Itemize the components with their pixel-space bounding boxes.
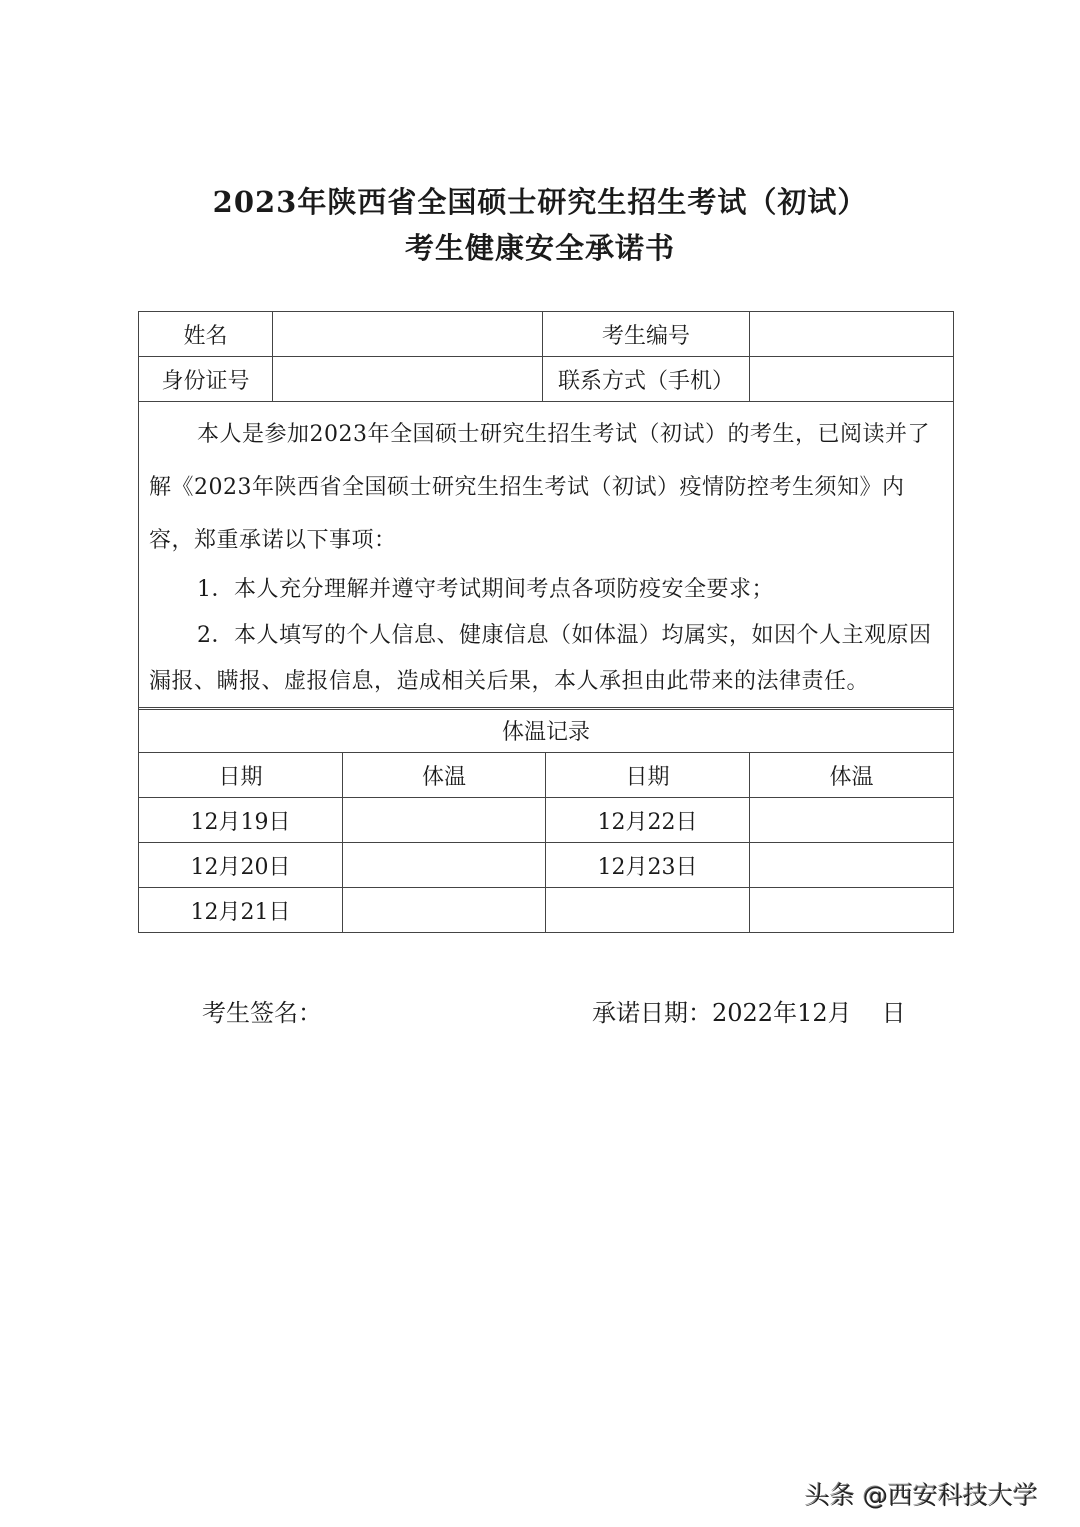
phone-field[interactable]: [750, 357, 954, 402]
table-header-row: 日期 体温 日期 体温: [139, 753, 954, 798]
table-row: 本人是参加2023年全国硕士研究生招生考试（初试）的考生，已阅读并了解《2023…: [139, 402, 954, 710]
temperature-field[interactable]: [750, 843, 954, 888]
date-cell: 12月19日: [139, 798, 343, 843]
column-header-date: 日期: [139, 753, 343, 798]
day-suffix: 日: [882, 999, 906, 1027]
pledge-intro: 本人是参加2023年全国硕士研究生招生考试（初试）的考生，已阅读并了解《2023…: [149, 408, 943, 567]
table-row: 12月19日 12月22日: [139, 798, 954, 843]
exam-id-field[interactable]: [750, 312, 954, 357]
temperature-record-table: 体温记录 日期 体温 日期 体温 12月19日 12月22日 12月20日 12…: [138, 707, 954, 933]
watermark: 头条 @西安科技大学: [805, 1476, 1038, 1512]
name-label: 姓名: [139, 312, 273, 357]
column-header-temperature: 体温: [343, 753, 546, 798]
signature-label: 考生签名：: [202, 993, 322, 1028]
temperature-field[interactable]: [343, 843, 546, 888]
table-row: 12月21日: [139, 888, 954, 933]
pledge-item-1: 1．本人充分理解并遵守考试期间考点各项防疫安全要求；: [149, 567, 943, 613]
date-cell: 12月20日: [139, 843, 343, 888]
column-header-temperature: 体温: [750, 753, 954, 798]
id-card-label: 身份证号: [139, 357, 273, 402]
table-row: 12月20日 12月23日: [139, 843, 954, 888]
temperature-record-title: 体温记录: [139, 708, 954, 753]
date-cell: 12月21日: [139, 888, 343, 933]
temperature-field[interactable]: [343, 798, 546, 843]
id-card-field[interactable]: [273, 357, 543, 402]
pledge-date: 承诺日期：2022年12月日: [592, 993, 906, 1028]
table-row: 体温记录: [139, 708, 954, 753]
info-and-pledge-table: 姓名 考生编号 身份证号 联系方式（手机） 本人是参加2023年全国硕士研究生招…: [138, 311, 954, 710]
temperature-field[interactable]: [343, 888, 546, 933]
date-cell: 12月22日: [546, 798, 750, 843]
empty-cell: [546, 888, 750, 933]
date-cell: 12月23日: [546, 843, 750, 888]
column-header-date: 日期: [546, 753, 750, 798]
document-title-line2: 考生健康安全承诺书: [0, 226, 1080, 267]
pledge-text-cell: 本人是参加2023年全国硕士研究生招生考试（初试）的考生，已阅读并了解《2023…: [139, 402, 954, 710]
name-field[interactable]: [273, 312, 543, 357]
phone-label: 联系方式（手机）: [543, 357, 750, 402]
pledge-item-2: 2．本人填写的个人信息、健康信息（如体温）均属实，如因个人主观原因漏报、瞒报、虚…: [149, 613, 943, 705]
empty-cell: [750, 888, 954, 933]
exam-id-label: 考生编号: [543, 312, 750, 357]
table-row: 姓名 考生编号: [139, 312, 954, 357]
table-row: 身份证号 联系方式（手机）: [139, 357, 954, 402]
temperature-field[interactable]: [750, 798, 954, 843]
document-title-line1: 2023年陕西省全国硕士研究生招生考试（初试）: [0, 180, 1080, 221]
pledge-date-label: 承诺日期：2022年12月: [592, 999, 852, 1027]
